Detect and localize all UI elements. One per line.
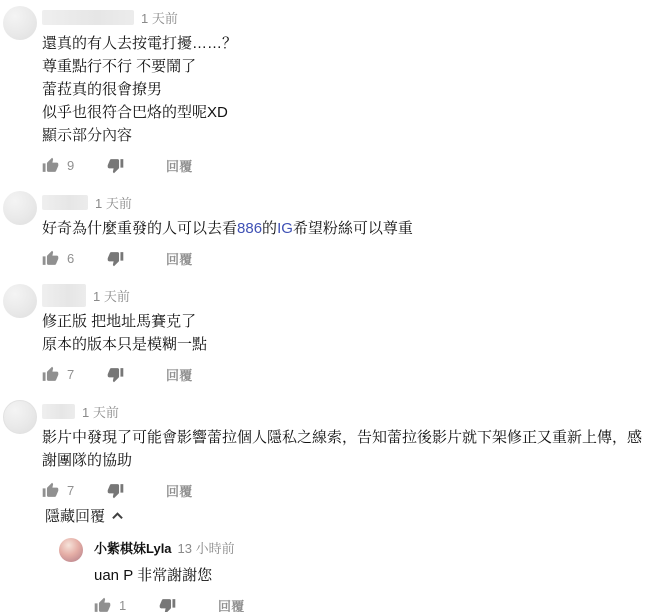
like-count: 1 xyxy=(119,598,129,612)
avatar[interactable] xyxy=(3,284,37,318)
dislike-button[interactable] xyxy=(107,157,124,174)
comment-actions: 7 回覆 xyxy=(42,480,642,501)
comment-inline-link[interactable]: IG xyxy=(277,220,293,237)
reply-button[interactable]: 回覆 xyxy=(166,156,193,175)
thumb-down-icon xyxy=(159,597,176,612)
comment-text-line: 尊重點行不行 不要鬧了 xyxy=(42,55,642,78)
comment-text-segment: 的 xyxy=(262,220,277,237)
show-partial-link[interactable]: 顯示部分內容 xyxy=(42,124,132,147)
comment-header: 1 天前 xyxy=(42,286,642,305)
username-redacted[interactable] xyxy=(42,404,75,419)
author-name[interactable]: 小紫棋妹Lyla xyxy=(94,538,172,557)
thumb-up-icon xyxy=(94,597,111,612)
comment-inline-link[interactable]: 886 xyxy=(237,220,262,237)
comment-text-line: 還真的有人去按電打擾……？ xyxy=(42,32,642,55)
thumb-up-icon xyxy=(42,250,59,267)
comment: 1 天前 影片中發現了可能會影響蕾拉個人隱私之線索，告知蕾拉後影片就下架修正又重… xyxy=(3,400,642,501)
thumb-down-icon xyxy=(107,250,124,267)
reply-actions: 1 回覆 xyxy=(94,595,642,612)
thumb-up-icon xyxy=(42,366,59,383)
like-button[interactable] xyxy=(94,597,111,612)
reply-text: uan P 非常謝謝您 xyxy=(94,564,642,587)
comment-header: 1 天前 xyxy=(42,8,642,27)
comment-text-segment: 希望粉絲可以尊重 xyxy=(293,220,413,237)
reply-button[interactable]: 回覆 xyxy=(166,481,193,500)
comment-actions: 9 回覆 xyxy=(42,155,642,176)
like-count: 6 xyxy=(67,251,77,266)
thumb-up-icon xyxy=(42,482,59,499)
comment-text-line: 似乎也很符合巴烙的型呢XD xyxy=(42,101,642,124)
dislike-button[interactable] xyxy=(107,482,124,499)
comment-actions: 7 回覆 xyxy=(42,364,642,385)
username-redacted[interactable] xyxy=(42,195,88,210)
like-button[interactable] xyxy=(42,366,59,383)
like-count: 9 xyxy=(67,158,77,173)
thumb-up-icon xyxy=(42,157,59,174)
hide-replies-button[interactable]: 隱藏回覆 xyxy=(45,505,123,526)
thumb-down-icon xyxy=(107,366,124,383)
like-button[interactable] xyxy=(42,250,59,267)
timestamp[interactable]: 1 天前 xyxy=(93,286,130,305)
comment-thread: 1 天前 還真的有人去按電打擾……？ 尊重點行不行 不要鬧了 蕾菈真的很會撩男 … xyxy=(0,0,652,612)
comment-text-segment: 好奇為什麼重發的人可以去看 xyxy=(42,220,237,237)
comment-text-line: 蕾菈真的很會撩男 xyxy=(42,78,642,101)
timestamp[interactable]: 1 天前 xyxy=(82,402,119,421)
comment-actions: 6 回覆 xyxy=(42,248,642,269)
dislike-button[interactable] xyxy=(159,597,176,612)
comment-text-line: 原本的版本只是模糊一點 xyxy=(42,333,642,356)
dislike-button[interactable] xyxy=(107,250,124,267)
reply-button[interactable]: 回覆 xyxy=(166,365,193,384)
comment-content: 1 天前 好奇為什麼重發的人可以去看886的IG希望粉絲可以尊重 6 回覆 xyxy=(42,191,642,269)
reply-button[interactable]: 回覆 xyxy=(218,596,245,612)
comment-text-line: 好奇為什麼重發的人可以去看886的IG希望粉絲可以尊重 xyxy=(42,217,642,240)
avatar[interactable] xyxy=(59,538,83,562)
comment-text-line: 影片中發現了可能會影響蕾拉個人隱私之線索，告知蕾拉後影片就下架修正又重新上傳，感… xyxy=(42,426,642,472)
comment: 1 天前 還真的有人去按電打擾……？ 尊重點行不行 不要鬧了 蕾菈真的很會撩男 … xyxy=(3,6,642,176)
dislike-button[interactable] xyxy=(107,366,124,383)
like-count: 7 xyxy=(67,483,77,498)
username-redacted[interactable] xyxy=(42,10,134,25)
timestamp[interactable]: 1 天前 xyxy=(95,193,132,212)
comment-text-line: 修正版 把地址馬賽克了 xyxy=(42,310,642,333)
timestamp[interactable]: 13 小時前 xyxy=(178,538,235,557)
comment-content: 1 天前 影片中發現了可能會影響蕾拉個人隱私之線索，告知蕾拉後影片就下架修正又重… xyxy=(42,400,642,501)
hide-replies-label: 隱藏回覆 xyxy=(45,505,105,526)
thumb-down-icon xyxy=(107,482,124,499)
username-redacted[interactable] xyxy=(42,284,86,307)
like-count: 7 xyxy=(67,367,77,382)
comment-reply: 小紫棋妹Lyla 13 小時前 uan P 非常謝謝您 1 回覆 xyxy=(59,538,642,612)
like-button[interactable] xyxy=(42,482,59,499)
chevron-up-icon xyxy=(112,512,123,520)
avatar[interactable] xyxy=(3,400,37,434)
comment-content: 1 天前 還真的有人去按電打擾……？ 尊重點行不行 不要鬧了 蕾菈真的很會撩男 … xyxy=(42,6,642,176)
reply-button[interactable]: 回覆 xyxy=(166,249,193,268)
comment-header: 1 天前 xyxy=(42,402,642,421)
like-button[interactable] xyxy=(42,157,59,174)
comment-header: 1 天前 xyxy=(42,193,642,212)
comment: 1 天前 修正版 把地址馬賽克了 原本的版本只是模糊一點 7 回覆 xyxy=(3,284,642,385)
reply-content: 小紫棋妹Lyla 13 小時前 uan P 非常謝謝您 1 回覆 xyxy=(94,538,642,612)
comment-content: 1 天前 修正版 把地址馬賽克了 原本的版本只是模糊一點 7 回覆 xyxy=(42,284,642,385)
timestamp[interactable]: 1 天前 xyxy=(141,8,178,27)
thumb-down-icon xyxy=(107,157,124,174)
comment: 1 天前 好奇為什麼重發的人可以去看886的IG希望粉絲可以尊重 6 回覆 xyxy=(3,191,642,269)
reply-header: 小紫棋妹Lyla 13 小時前 xyxy=(94,538,642,558)
avatar[interactable] xyxy=(3,191,37,225)
avatar[interactable] xyxy=(3,6,37,40)
